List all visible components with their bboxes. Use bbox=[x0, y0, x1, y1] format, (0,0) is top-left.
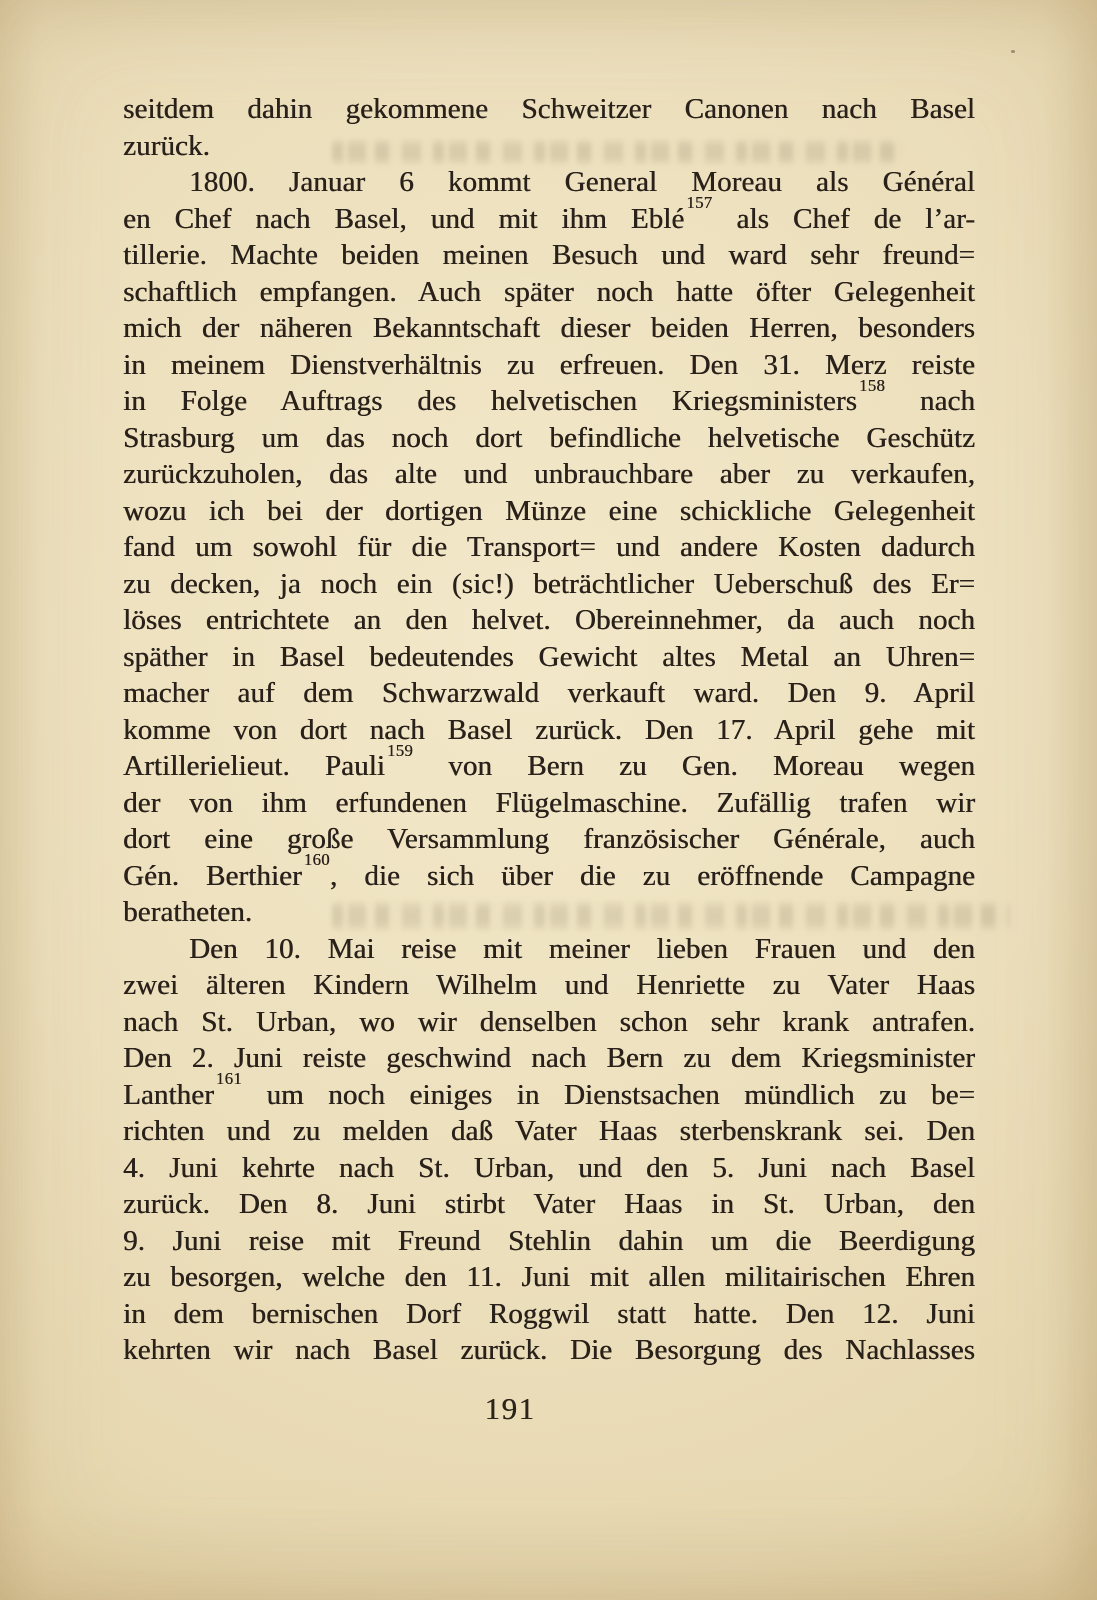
text-line: schaftlich empfangen. Auch später noch h… bbox=[123, 274, 975, 311]
text-line: Artillerielieut. Pauli159 von Bern zu Ge… bbox=[123, 748, 975, 785]
text-line: seitdem dahin gekommene Schweitzer Canon… bbox=[123, 91, 975, 128]
text-line: 9. Juni reise mit Freund Stehlin dahin u… bbox=[123, 1223, 975, 1260]
text-line: löses entrichtete an den helvet. Oberein… bbox=[123, 602, 975, 639]
text-line: in dem bernischen Dorf Roggwil statt hat… bbox=[123, 1296, 975, 1333]
text-line: zwei älteren Kindern Wilhelm und Henriet… bbox=[123, 967, 975, 1004]
text-line: kehrten wir nach Basel zurück. Die Besor… bbox=[123, 1332, 975, 1369]
text-line: Gén. Berthier160, die sich über die zu e… bbox=[123, 858, 975, 895]
text-line: en Chef nach Basel, und mit ihm Eblé157 … bbox=[123, 201, 975, 238]
text-line: zurückzuholen, das alte und unbrauchbare… bbox=[123, 456, 975, 493]
text-line: zurück. bbox=[123, 128, 975, 165]
text-line: komme von dort nach Basel zurück. Den 17… bbox=[123, 712, 975, 749]
text-line: 4. Juni kehrte nach St. Urban, und den 5… bbox=[123, 1150, 975, 1187]
text-line: späther in Basel bedeutendes Gewicht alt… bbox=[123, 639, 975, 676]
text-line: fand um sowohl für die Transport= und an… bbox=[123, 529, 975, 566]
page-number: 191 bbox=[0, 1391, 1020, 1427]
text-line: mich der näheren Bekanntschaft dieser be… bbox=[123, 310, 975, 347]
text-line-paragraph-start: 1800. Januar 6 kommt General Moreau als … bbox=[123, 164, 975, 201]
text-line: Strasburg um das noch dort befindliche h… bbox=[123, 420, 975, 457]
text-line: in Folge Auftrags des helvetischen Krieg… bbox=[123, 383, 975, 420]
body-text: seitdem dahin gekommene Schweitzer Canon… bbox=[123, 91, 975, 1369]
text-line: der von ihm erfundenen Flügelmaschine. Z… bbox=[123, 785, 975, 822]
paper-speck bbox=[1011, 50, 1015, 53]
text-line: macher auf dem Schwarzwald verkauft ward… bbox=[123, 675, 975, 712]
text-line: in meinem Dienstverhältnis zu erfreuen. … bbox=[123, 347, 975, 384]
text-line: wozu ich bei der dortigen Münze eine sch… bbox=[123, 493, 975, 530]
text-line: Den 2. Juni reiste geschwind nach Bern z… bbox=[123, 1040, 975, 1077]
text-line: zu besorgen, welche den 11. Juni mit all… bbox=[123, 1259, 975, 1296]
scanned-page: seitdem dahin gekommene Schweitzer Canon… bbox=[0, 0, 1097, 1600]
text-line: dort eine große Versammlung französische… bbox=[123, 821, 975, 858]
text-line: zu decken, ja noch ein (sic!) beträchtli… bbox=[123, 566, 975, 603]
text-line-paragraph-start: Den 10. Mai reise mit meiner lieben Frau… bbox=[123, 931, 975, 968]
text-line: nach St. Urban, wo wir denselben schon s… bbox=[123, 1004, 975, 1041]
text-line: Lanther161 um noch einiges in Dienstsach… bbox=[123, 1077, 975, 1114]
text-line: beratheten. bbox=[123, 894, 975, 931]
text-line: richten und zu melden daß Vater Haas ste… bbox=[123, 1113, 975, 1150]
text-line: zurück. Den 8. Juni stirbt Vater Haas in… bbox=[123, 1186, 975, 1223]
text-line: tillerie. Machte beiden meinen Besuch un… bbox=[123, 237, 975, 274]
